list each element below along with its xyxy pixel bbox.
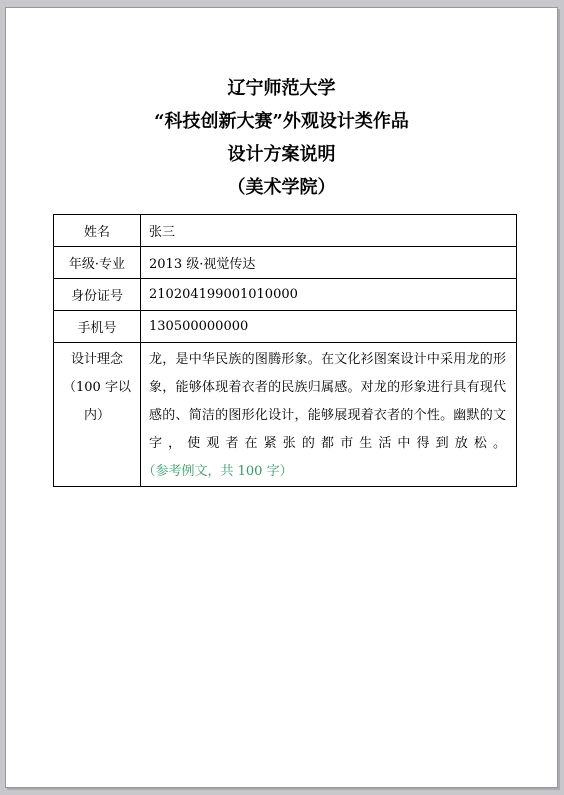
reference-note: （参考例文，共 100 字） — [149, 464, 293, 479]
id-number-label: 身份证号 — [54, 279, 141, 311]
document-title-block: 辽宁师范大学 “科技创新大赛”外观设计类作品 设计方案说明 （美术学院） — [6, 72, 557, 204]
title-line-college: （美术学院） — [6, 171, 557, 204]
name-label: 姓名 — [54, 215, 141, 247]
title-line-subject: 设计方案说明 — [6, 138, 557, 171]
table-row-grade-major: 年级·专业 2013 级·视觉传达 — [54, 247, 517, 279]
title-line-competition: “科技创新大赛”外观设计类作品 — [6, 105, 557, 138]
grade-major-label: 年级·专业 — [54, 247, 141, 279]
design-concept-text: 龙，是中华民族的图腾形象。在文化衫图案设计中采用龙的形象，能够体现着衣者的民族归… — [149, 352, 506, 451]
table-row-id-number: 身份证号 210204199001010000 — [54, 279, 517, 311]
phone-label: 手机号 — [54, 311, 141, 343]
id-number-value[interactable]: 210204199001010000 — [141, 279, 517, 311]
document-page: 辽宁师范大学 “科技创新大赛”外观设计类作品 设计方案说明 （美术学院） 姓名 … — [5, 7, 558, 788]
title-line-university: 辽宁师范大学 — [6, 72, 557, 105]
phone-value[interactable]: 130500000000 — [141, 311, 517, 343]
design-concept-value[interactable]: 龙，是中华民族的图腾形象。在文化衫图案设计中采用龙的形象，能够体现着衣者的民族归… — [141, 343, 517, 487]
table-row-design-concept: 设计理念 （100 字以内） 龙，是中华民族的图腾形象。在文化衫图案设计中采用龙… — [54, 343, 517, 487]
document-canvas: { "document": { "title_lines": [ "辽宁师范大学… — [0, 0, 564, 795]
table-row-phone: 手机号 130500000000 — [54, 311, 517, 343]
design-concept-label-line2: （100 字以内） — [54, 374, 140, 430]
design-concept-label-line1: 设计理念 — [54, 346, 140, 374]
design-concept-label: 设计理念 （100 字以内） — [54, 343, 141, 487]
grade-major-value[interactable]: 2013 级·视觉传达 — [141, 247, 517, 279]
table-row-name: 姓名 张三 — [54, 215, 517, 247]
application-form-table: 姓名 张三 年级·专业 2013 级·视觉传达 身份证号 21020419900… — [53, 214, 517, 487]
name-value[interactable]: 张三 — [141, 215, 517, 247]
